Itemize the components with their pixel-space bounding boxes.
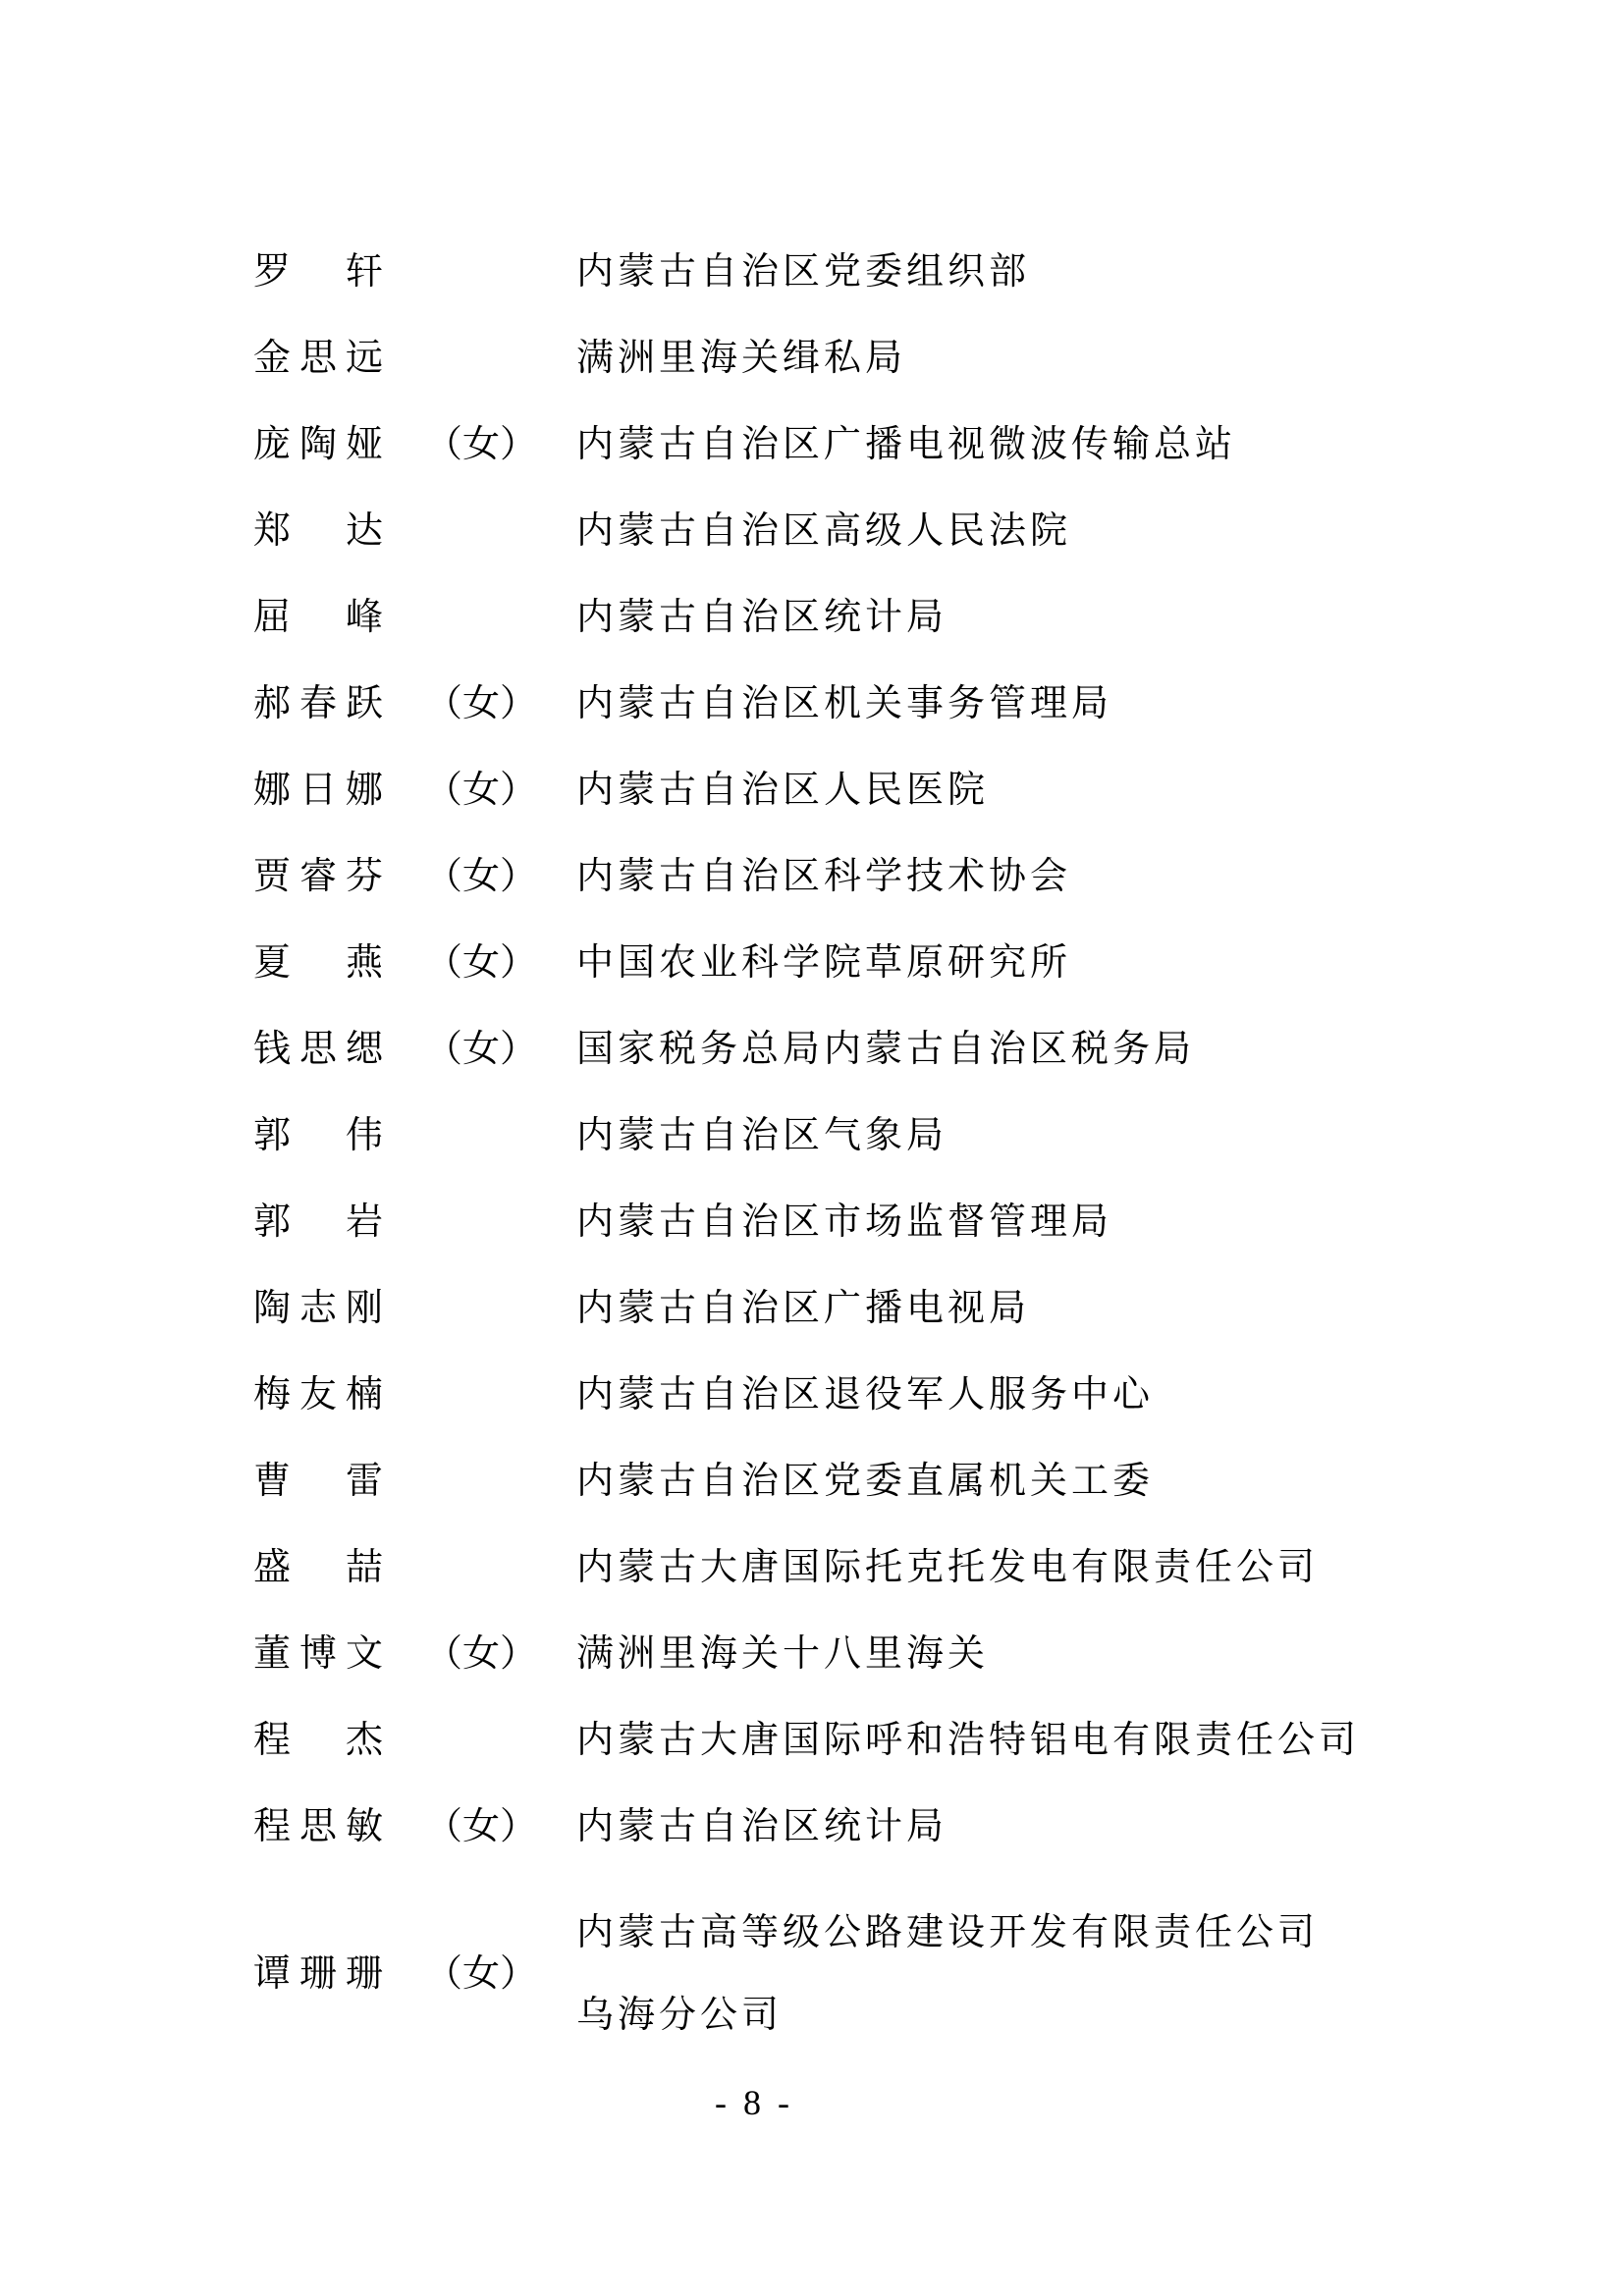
- person-name: 罗轩: [253, 250, 383, 294]
- left-margin: [0, 423, 253, 424]
- organization-cell: 内蒙古自治区统计局: [576, 1805, 1624, 1848]
- organization: 内蒙古自治区退役军人服务中心: [576, 1373, 1624, 1416]
- organization-cell: 内蒙古自治区高级人民法院: [576, 509, 1624, 553]
- organization: 内蒙古自治区高级人民法院: [576, 509, 1624, 553]
- organization-cell: 内蒙古高等级公路建设开发有限责任公司乌海分公司: [576, 1892, 1624, 2056]
- person-name-cell: 娜日娜: [253, 769, 425, 812]
- female-marker-cell: （女）: [425, 1805, 576, 1848]
- person-name-cell: 屈峰: [253, 596, 425, 639]
- female-marker-cell: [425, 1460, 576, 1461]
- female-marker: （女）: [425, 1632, 537, 1676]
- roster-row: 贾睿芬 （女） 内蒙古自治区科学技术协会: [0, 855, 1624, 941]
- female-marker-cell: （女）: [425, 769, 576, 812]
- female-marker-cell: （女）: [425, 682, 576, 725]
- organization-cell: 内蒙古自治区气象局: [576, 1114, 1624, 1157]
- organization: 内蒙古自治区党委直属机关工委: [576, 1460, 1624, 1503]
- organization-cell: 内蒙古自治区广播电视局: [576, 1287, 1624, 1330]
- person-name-cell: 谭珊珊: [253, 1952, 425, 1996]
- person-name: 谭珊珊: [253, 1952, 383, 1996]
- organization-cell: 内蒙古自治区市场监督管理局: [576, 1201, 1624, 1244]
- left-margin: [0, 509, 253, 510]
- person-name: 金思远: [253, 337, 383, 380]
- organization-cell: 内蒙古自治区人民医院: [576, 769, 1624, 812]
- left-margin: [0, 596, 253, 597]
- person-name: 盛喆: [253, 1546, 383, 1589]
- left-margin: [0, 1028, 253, 1029]
- person-name: 郑达: [253, 509, 383, 553]
- person-name: 钱思缌: [253, 1028, 383, 1071]
- left-margin: [0, 250, 253, 251]
- organization-line: 内蒙古高等级公路建设开发有限责任公司: [576, 1892, 1624, 1974]
- organization-cell: 内蒙古自治区退役军人服务中心: [576, 1373, 1624, 1416]
- left-margin: [0, 1373, 253, 1374]
- left-margin: [0, 1114, 253, 1115]
- female-marker-cell: [425, 250, 576, 251]
- roster-row: 郭岩 内蒙古自治区市场监督管理局: [0, 1201, 1624, 1287]
- left-margin: [0, 682, 253, 683]
- person-name-cell: 贾睿芬: [253, 855, 425, 898]
- left-margin: [0, 1719, 253, 1720]
- female-marker-cell: [425, 1373, 576, 1374]
- person-name-cell: 郝春跃: [253, 682, 425, 725]
- female-marker-cell: （女）: [425, 1632, 576, 1676]
- person-name: 郝春跃: [253, 682, 383, 725]
- organization: 内蒙古自治区统计局: [576, 596, 1624, 639]
- female-marker: （女）: [425, 855, 537, 898]
- person-name: 娜日娜: [253, 769, 383, 812]
- roster-row: 郑达 内蒙古自治区高级人民法院: [0, 509, 1624, 596]
- female-marker-cell: [425, 1719, 576, 1720]
- female-marker-cell: （女）: [425, 1952, 576, 1996]
- roster-row: 董博文 （女） 满洲里海关十八里海关: [0, 1632, 1624, 1719]
- female-marker: （女）: [425, 423, 537, 466]
- person-name-cell: 程杰: [253, 1719, 425, 1762]
- person-name: 屈峰: [253, 596, 383, 639]
- left-margin: [0, 855, 253, 856]
- female-marker-cell: （女）: [425, 855, 576, 898]
- document-page: 罗轩 内蒙古自治区党委组织部 金思远 满洲里海关缉私局 庞陶娅 （女） 内蒙古自…: [0, 0, 1624, 2296]
- person-name-cell: 盛喆: [253, 1546, 425, 1589]
- organization: 内蒙古自治区党委组织部: [576, 250, 1624, 294]
- roster-row: 金思远 满洲里海关缉私局: [0, 337, 1624, 423]
- left-margin: [0, 1892, 253, 1893]
- left-margin: [0, 1805, 253, 1806]
- roster-row: 罗轩 内蒙古自治区党委组织部: [0, 250, 1624, 337]
- organization-cell: 内蒙古大唐国际呼和浩特铝电有限责任公司: [576, 1719, 1624, 1762]
- person-name: 程思敏: [253, 1805, 383, 1848]
- female-marker-cell: （女）: [425, 423, 576, 466]
- organization-cell: 中国农业科学院草原研究所: [576, 941, 1624, 985]
- organization-cell: 内蒙古自治区统计局: [576, 596, 1624, 639]
- person-name-cell: 程思敏: [253, 1805, 425, 1848]
- organization: 内蒙古自治区广播电视局: [576, 1287, 1624, 1330]
- person-name-cell: 郑达: [253, 509, 425, 553]
- female-marker-cell: [425, 1546, 576, 1547]
- left-margin: [0, 1460, 253, 1461]
- roster-row: 曹雷 内蒙古自治区党委直属机关工委: [0, 1460, 1624, 1546]
- organization-cell: 国家税务总局内蒙古自治区税务局: [576, 1028, 1624, 1071]
- person-name: 庞陶娅: [253, 423, 383, 466]
- person-name-cell: 金思远: [253, 337, 425, 380]
- organization-cell: 内蒙古自治区科学技术协会: [576, 855, 1624, 898]
- roster-row: 屈峰 内蒙古自治区统计局: [0, 596, 1624, 682]
- female-marker: （女）: [425, 682, 537, 725]
- female-marker-cell: [425, 509, 576, 510]
- person-name: 梅友楠: [253, 1373, 383, 1416]
- person-name: 曹雷: [253, 1460, 383, 1503]
- female-marker: （女）: [425, 1028, 537, 1071]
- roster: 罗轩 内蒙古自治区党委组织部 金思远 满洲里海关缉私局 庞陶娅 （女） 内蒙古自…: [0, 250, 1624, 2056]
- left-margin: [0, 1201, 253, 1201]
- female-marker: （女）: [425, 1805, 537, 1848]
- roster-row: 程杰 内蒙古大唐国际呼和浩特铝电有限责任公司: [0, 1719, 1624, 1805]
- female-marker: （女）: [425, 769, 537, 812]
- person-name: 郭岩: [253, 1201, 383, 1244]
- roster-row: 谭珊珊 （女） 内蒙古高等级公路建设开发有限责任公司乌海分公司: [0, 1892, 1624, 2056]
- organization: 内蒙古大唐国际托克托发电有限责任公司: [576, 1546, 1624, 1589]
- person-name: 陶志刚: [253, 1287, 383, 1330]
- organization: 内蒙古自治区统计局: [576, 1805, 1624, 1848]
- roster-row: 娜日娜 （女） 内蒙古自治区人民医院: [0, 769, 1624, 855]
- female-marker: （女）: [425, 941, 537, 985]
- organization: 满洲里海关十八里海关: [576, 1632, 1624, 1676]
- organization-cell: 内蒙古自治区党委直属机关工委: [576, 1460, 1624, 1503]
- roster-row: 钱思缌 （女） 国家税务总局内蒙古自治区税务局: [0, 1028, 1624, 1114]
- person-name-cell: 陶志刚: [253, 1287, 425, 1330]
- organization-cell: 满洲里海关缉私局: [576, 337, 1624, 380]
- organization-cell: 满洲里海关十八里海关: [576, 1632, 1624, 1676]
- female-marker-cell: [425, 337, 576, 338]
- organization: 内蒙古自治区科学技术协会: [576, 855, 1624, 898]
- organization: 内蒙古自治区人民医院: [576, 769, 1624, 812]
- roster-row: 郭伟 内蒙古自治区气象局: [0, 1114, 1624, 1201]
- organization-line: 乌海分公司: [576, 1974, 1624, 2056]
- person-name-cell: 梅友楠: [253, 1373, 425, 1416]
- person-name-cell: 郭岩: [253, 1201, 425, 1244]
- page-number: - 8 -: [0, 2083, 1508, 2122]
- roster-row: 庞陶娅 （女） 内蒙古自治区广播电视微波传输总站: [0, 423, 1624, 509]
- roster-row: 郝春跃 （女） 内蒙古自治区机关事务管理局: [0, 682, 1624, 769]
- organization: 满洲里海关缉私局: [576, 337, 1624, 380]
- female-marker: （女）: [425, 1952, 537, 1996]
- roster-row: 盛喆 内蒙古大唐国际托克托发电有限责任公司: [0, 1546, 1624, 1632]
- left-margin: [0, 1546, 253, 1547]
- person-name-cell: 曹雷: [253, 1460, 425, 1503]
- organization: 内蒙古自治区机关事务管理局: [576, 682, 1624, 725]
- organization: 内蒙古大唐国际呼和浩特铝电有限责任公司: [576, 1719, 1624, 1762]
- left-margin: [0, 941, 253, 942]
- organization-cell: 内蒙古大唐国际托克托发电有限责任公司: [576, 1546, 1624, 1589]
- roster-row: 夏燕 （女） 中国农业科学院草原研究所: [0, 941, 1624, 1028]
- roster-row: 程思敏 （女） 内蒙古自治区统计局: [0, 1805, 1624, 1892]
- roster-row: 陶志刚 内蒙古自治区广播电视局: [0, 1287, 1624, 1373]
- organization: 内蒙古自治区市场监督管理局: [576, 1201, 1624, 1244]
- roster-row: 梅友楠 内蒙古自治区退役军人服务中心: [0, 1373, 1624, 1460]
- organization: 内蒙古自治区气象局: [576, 1114, 1624, 1157]
- organization-cell: 内蒙古自治区广播电视微波传输总站: [576, 423, 1624, 466]
- left-margin: [0, 1287, 253, 1288]
- left-margin: [0, 1632, 253, 1633]
- person-name: 董博文: [253, 1632, 383, 1676]
- person-name: 程杰: [253, 1719, 383, 1762]
- left-margin: [0, 769, 253, 770]
- person-name-cell: 庞陶娅: [253, 423, 425, 466]
- organization: 中国农业科学院草原研究所: [576, 941, 1624, 985]
- female-marker-cell: [425, 596, 576, 597]
- left-margin: [0, 337, 253, 338]
- person-name: 夏燕: [253, 941, 383, 985]
- person-name: 郭伟: [253, 1114, 383, 1157]
- female-marker-cell: （女）: [425, 1028, 576, 1071]
- person-name-cell: 郭伟: [253, 1114, 425, 1157]
- person-name: 贾睿芬: [253, 855, 383, 898]
- organization: 国家税务总局内蒙古自治区税务局: [576, 1028, 1624, 1071]
- organization: 内蒙古自治区广播电视微波传输总站: [576, 423, 1624, 466]
- person-name-cell: 罗轩: [253, 250, 425, 294]
- female-marker-cell: （女）: [425, 941, 576, 985]
- person-name-cell: 夏燕: [253, 941, 425, 985]
- female-marker-cell: [425, 1287, 576, 1288]
- organization-cell: 内蒙古自治区党委组织部: [576, 250, 1624, 294]
- female-marker-cell: [425, 1114, 576, 1115]
- organization-cell: 内蒙古自治区机关事务管理局: [576, 682, 1624, 725]
- female-marker-cell: [425, 1201, 576, 1201]
- person-name-cell: 董博文: [253, 1632, 425, 1676]
- person-name-cell: 钱思缌: [253, 1028, 425, 1071]
